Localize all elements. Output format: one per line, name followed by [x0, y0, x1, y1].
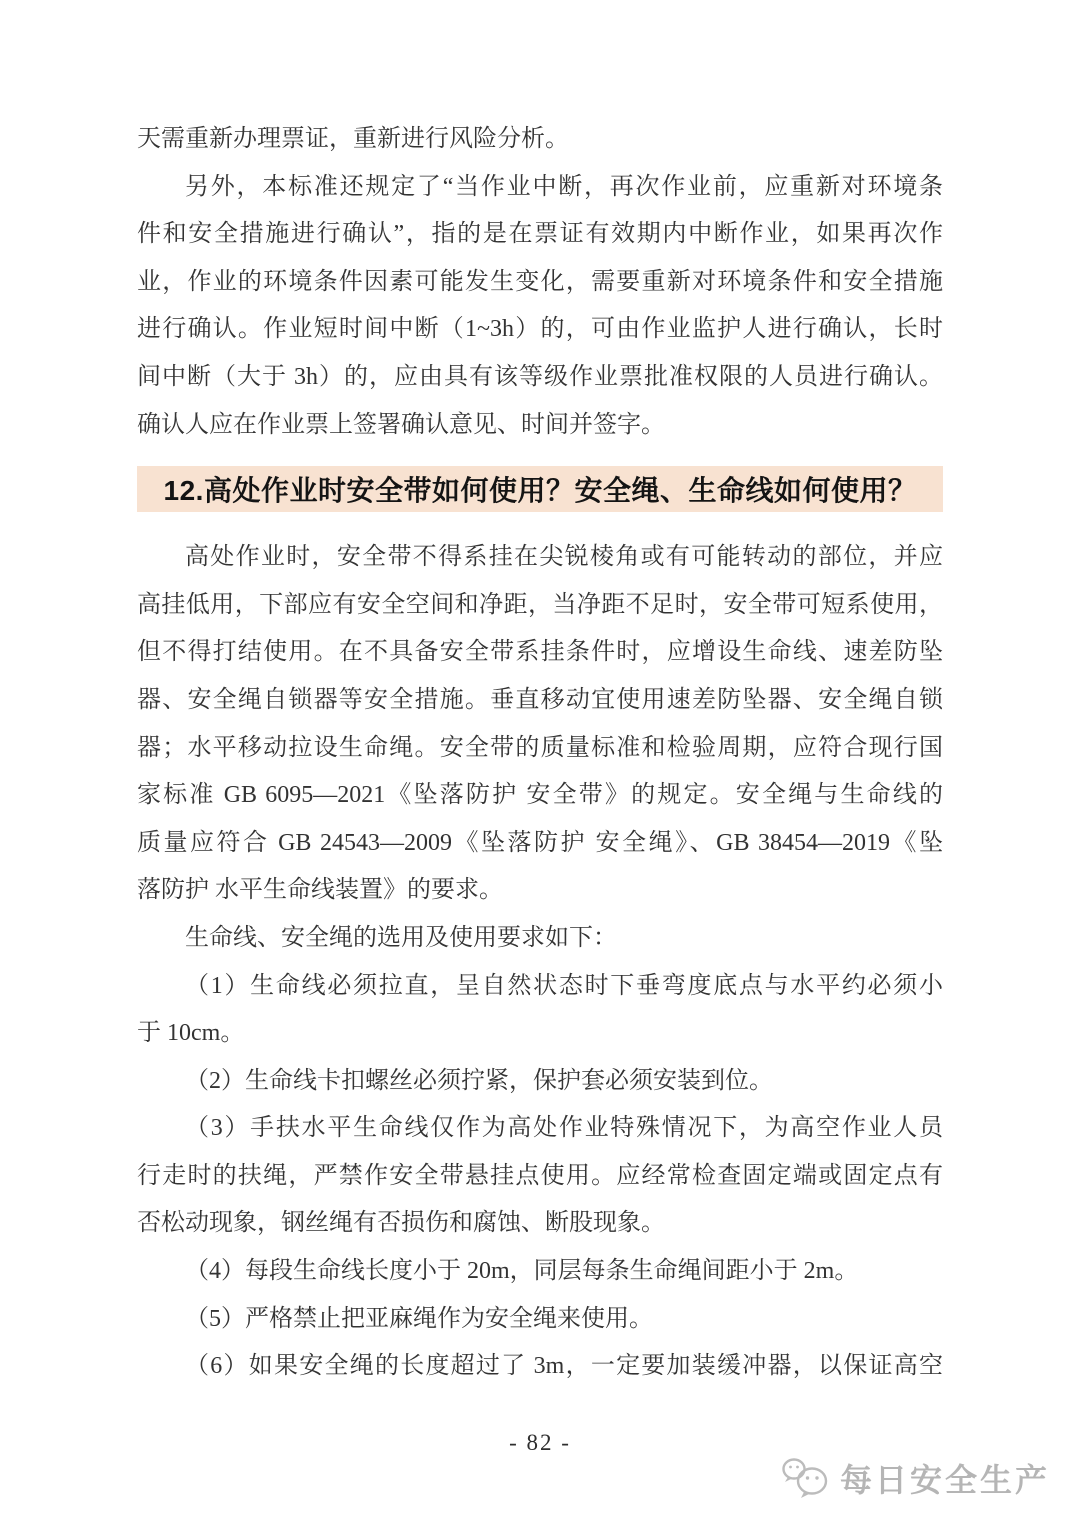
document-page: 天需重新办理票证，重新进行风险分析。另外，本标准还规定了“当作业中断，再次作业前…	[0, 0, 1080, 1528]
text-line: 业，作业的环境条件因素可能发生变化，需要重新对环境条件和安全措施	[137, 259, 943, 307]
text-line: 另外，本标准还规定了“当作业中断，再次作业前，应重新对环境条	[137, 164, 943, 212]
text-line: （5）严格禁止把亚麻绳作为安全绳来使用。	[137, 1296, 943, 1344]
text-line: 但不得打结使用。在不具备安全带系挂条件时，应增设生命线、速差防坠	[137, 629, 943, 677]
watermark-label: 每日安全生产	[840, 1455, 1050, 1501]
text-line: 件和安全措施进行确认”，指的是在票证有效期内中断作业，如果再次作	[137, 211, 943, 259]
text-line: （1）生命线必须拉直，呈自然状态时下垂弯度底点与水平约必须小	[137, 963, 943, 1011]
text-line: 生命线、安全绳的选用及使用要求如下：	[137, 915, 943, 963]
page-footer: - 82 -	[0, 1430, 1080, 1456]
text-line: （3）手扶水平生命线仅作为高处作业特殊情况下，为高空作业人员	[137, 1105, 943, 1153]
page-number: - 82 -	[509, 1430, 571, 1455]
text-line: 器、安全绳自锁器等安全措施。垂直移动宜使用速差防坠器、安全绳自锁	[137, 677, 943, 725]
text-line: 质量应符合 GB 24543—2009《坠落防护 安全绳》、GB 38454—2…	[137, 820, 943, 868]
text-line: （6）如果安全绳的长度超过了 3m，一定要加装缓冲器，以保证高空	[137, 1343, 943, 1391]
question-heading: 12.高处作业时安全带如何使用？安全绳、生命线如何使用？	[164, 469, 917, 509]
paragraph-block-bottom: 高处作业时，安全带不得系挂在尖锐棱角或有可能转动的部位，并应高挂低用，下部应有安…	[137, 534, 943, 1391]
text-line: 行走时的扶绳，严禁作安全带悬挂点使用。应经常检查固定端或固定点有	[137, 1153, 943, 1201]
text-line: 家标准 GB 6095—2021《坠落防护 安全带》的规定。安全绳与生命线的	[137, 772, 943, 820]
text-line: 间中断（大于 3h）的，应由具有该等级作业票批准权限的人员进行确认。	[137, 354, 943, 402]
content-area: 天需重新办理票证，重新进行风险分析。另外，本标准还规定了“当作业中断，再次作业前…	[137, 116, 943, 1391]
text-line: 进行确认。作业短时间中断（1~3h）的，可由作业监护人进行确认，长时	[137, 306, 943, 354]
text-line: 高挂低用，下部应有安全空间和净距，当净距不足时，安全带可短系使用，	[137, 582, 943, 630]
paragraph-block-top: 天需重新办理票证，重新进行风险分析。另外，本标准还规定了“当作业中断，再次作业前…	[137, 116, 943, 449]
text-line: 否松动现象，钢丝绳有否损伤和腐蚀、断股现象。	[137, 1200, 943, 1248]
text-line: （4）每段生命线长度小于 20m，同层每条生命绳间距小于 2m。	[137, 1248, 943, 1296]
text-line: 天需重新办理票证，重新进行风险分析。	[137, 116, 943, 164]
text-line: 确认人应在作业票上签署确认意见、时间并签字。	[137, 402, 943, 450]
watermark: 每日安全生产	[780, 1455, 1050, 1501]
text-line: 高处作业时，安全带不得系挂在尖锐棱角或有可能转动的部位，并应	[137, 534, 943, 582]
wechat-icon	[780, 1455, 832, 1501]
text-line: （2）生命线卡扣螺丝必须拧紧，保护套必须安装到位。	[137, 1058, 943, 1106]
text-line: 器；水平移动拉设生命绳。安全带的质量标准和检验周期，应符合现行国	[137, 725, 943, 773]
question-heading-band: 12.高处作业时安全带如何使用？安全绳、生命线如何使用？	[137, 466, 943, 512]
text-line: 落防护 水平生命线装置》的要求。	[137, 867, 943, 915]
text-line: 于 10cm。	[137, 1010, 943, 1058]
